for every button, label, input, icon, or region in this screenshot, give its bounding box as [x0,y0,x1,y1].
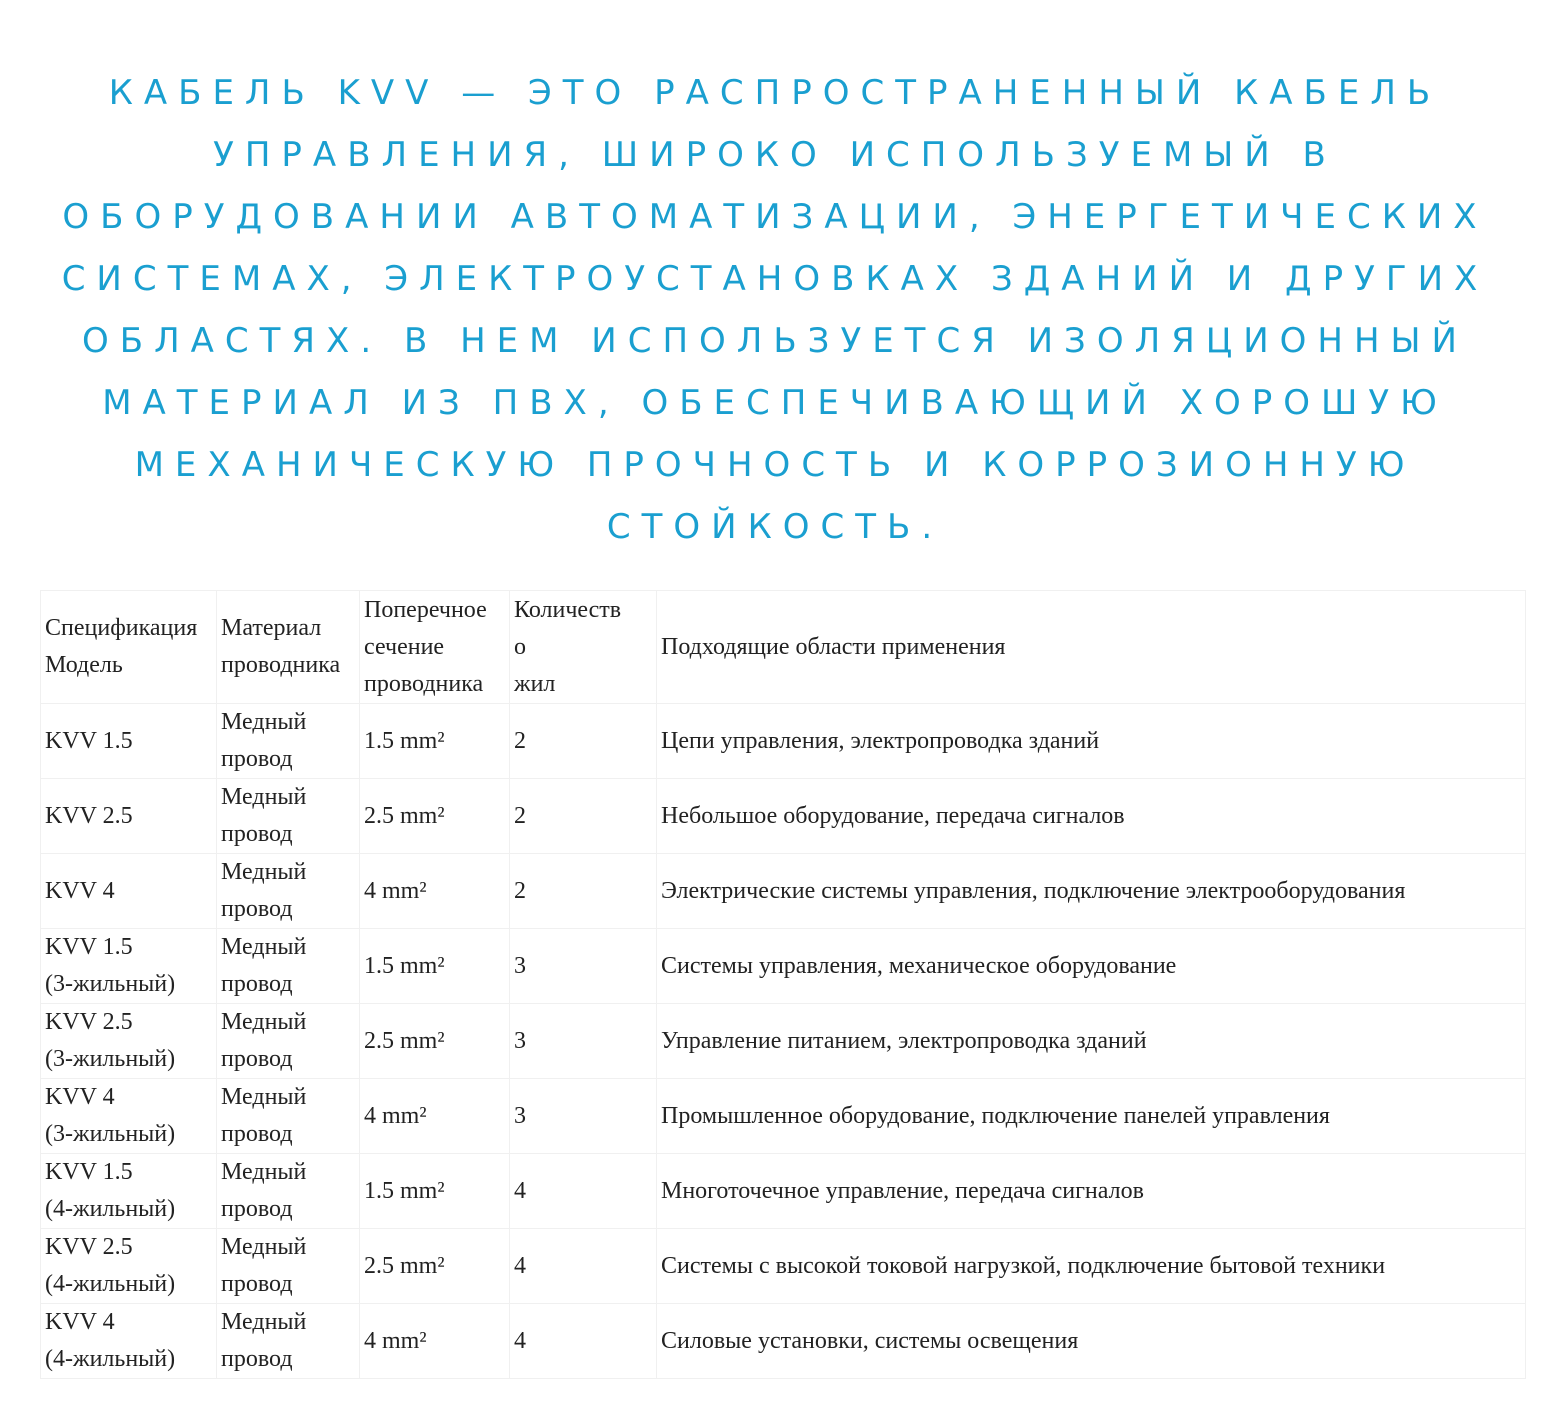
cell-cross-section: 4 mm² [360,854,510,929]
table-header-row: Спецификация Модель Материал проводника … [41,591,1526,704]
cell-cross-section: 2.5 mm² [360,1004,510,1079]
cell-applications: Управление питанием, электропроводка зда… [657,1004,1526,1079]
cell-model: KVV 4 [41,854,217,929]
table-row: KVV 2.5 (3-жильный)Медный провод2.5 mm²3… [41,1004,1526,1079]
cell-cores: 3 [510,929,657,1004]
table-row: KVV 1.5Медный провод1.5 mm²2Цепи управле… [41,704,1526,779]
cell-material: Медный провод [217,704,360,779]
cell-model: KVV 2.5 (3-жильный) [41,1004,217,1079]
cell-material: Медный провод [217,1304,360,1379]
cell-cores: 2 [510,779,657,854]
cell-cross-section: 4 mm² [360,1079,510,1154]
cell-cross-section: 2.5 mm² [360,779,510,854]
cell-applications: Небольшое оборудование, передача сигнало… [657,779,1526,854]
cell-applications: Системы управления, механическое оборудо… [657,929,1526,1004]
table-row: KVV 4 (4-жильный)Медный провод4 mm²4Сило… [41,1304,1526,1379]
cell-cross-section: 1.5 mm² [360,929,510,1004]
header-applications: Подходящие области применения [657,591,1526,704]
cell-material: Медный провод [217,929,360,1004]
cell-applications: Многоточечное управление, передача сигна… [657,1154,1526,1229]
cell-cross-section: 1.5 mm² [360,704,510,779]
cell-model: KVV 1.5 (3-жильный) [41,929,217,1004]
header-cross-section: Поперечное сечение проводника [360,591,510,704]
cell-applications: Электрические системы управления, подклю… [657,854,1526,929]
cell-material: Медный провод [217,854,360,929]
header-cores: Количеств о жил [510,591,657,704]
cell-model: KVV 1.5 (4-жильный) [41,1154,217,1229]
cell-material: Медный провод [217,1154,360,1229]
header-model: Спецификация Модель [41,591,217,704]
page-heading: КАБЕЛЬ KVV — ЭТО РАСПРОСТРАНЕННЫЙ КАБЕЛЬ… [60,62,1490,558]
cell-model: KVV 1.5 [41,704,217,779]
cell-cores: 3 [510,1079,657,1154]
cell-applications: Цепи управления, электропроводка зданий [657,704,1526,779]
cell-cores: 4 [510,1229,657,1304]
table-row: KVV 1.5 (3-жильный)Медный провод1.5 mm²3… [41,929,1526,1004]
cell-cores: 4 [510,1154,657,1229]
cell-model: KVV 4 (3-жильный) [41,1079,217,1154]
table-row: KVV 4Медный провод4 mm²2Электрические си… [41,854,1526,929]
table-row: KVV 4 (3-жильный)Медный провод4 mm²3Пром… [41,1079,1526,1154]
cell-cross-section: 2.5 mm² [360,1229,510,1304]
table-row: KVV 1.5 (4-жильный)Медный провод1.5 mm²4… [41,1154,1526,1229]
cell-cores: 3 [510,1004,657,1079]
cell-cross-section: 1.5 mm² [360,1154,510,1229]
spec-table: Спецификация Модель Материал проводника … [40,590,1526,1379]
cell-applications: Промышленное оборудование, подключение п… [657,1079,1526,1154]
cell-model: KVV 2.5 (4-жильный) [41,1229,217,1304]
cell-model: KVV 4 (4-жильный) [41,1304,217,1379]
cell-cores: 2 [510,854,657,929]
cell-cores: 4 [510,1304,657,1379]
cell-material: Медный провод [217,1229,360,1304]
cell-applications: Системы с высокой токовой нагрузкой, под… [657,1229,1526,1304]
header-material: Материал проводника [217,591,360,704]
cell-material: Медный провод [217,1079,360,1154]
table-row: KVV 2.5Медный провод2.5 mm²2Небольшое об… [41,779,1526,854]
cell-cross-section: 4 mm² [360,1304,510,1379]
cell-material: Медный провод [217,1004,360,1079]
cell-model: KVV 2.5 [41,779,217,854]
table-row: KVV 2.5 (4-жильный)Медный провод2.5 mm²4… [41,1229,1526,1304]
cell-applications: Силовые установки, системы освещения [657,1304,1526,1379]
cell-material: Медный провод [217,779,360,854]
cell-cores: 2 [510,704,657,779]
